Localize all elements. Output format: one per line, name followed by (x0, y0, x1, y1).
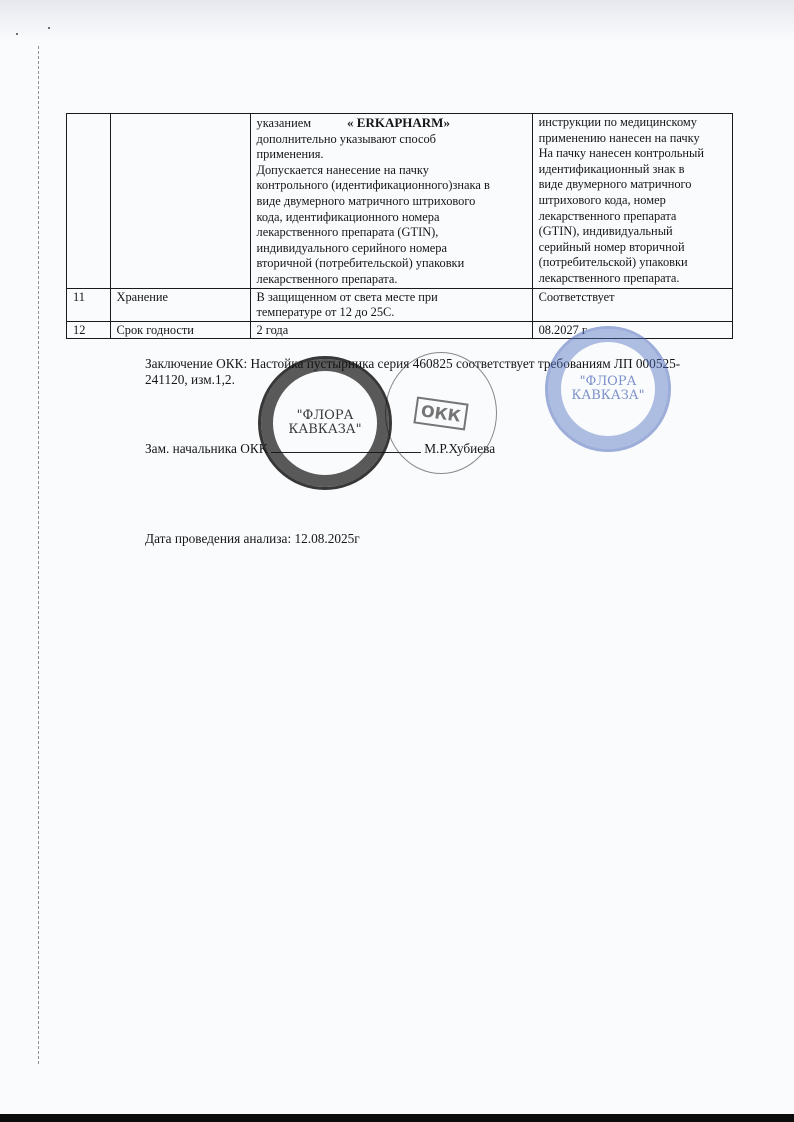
company-seal-black: "ФЛОРА КАВКАЗА" (258, 356, 392, 490)
text-line: применения. (257, 147, 526, 163)
scan-edge-bottom (0, 1114, 794, 1122)
cell-number (67, 114, 111, 289)
table-row-continued: указанием« ERKAPHARM» дополнительно указ… (67, 114, 733, 289)
table-row-storage: 11 Хранение В защищенном от света месте … (67, 288, 733, 321)
okk-stamp-label: ОКК (413, 396, 468, 430)
text-line: штрихового кода, номер (539, 193, 726, 209)
text-line: В защищенном от света месте при (257, 290, 526, 306)
text-line: лекарственного препарата. (539, 271, 726, 287)
text-line: указанием (257, 116, 312, 130)
signature-position: Зам. начальника ОКК (145, 441, 268, 456)
text-line: индивидуального серийного номера (257, 241, 526, 257)
text-line: идентификационный знак в (539, 162, 726, 178)
okk-stamp: ОКК (385, 352, 497, 474)
text-line: виде двумерного матричного штрихового (257, 194, 526, 210)
text-line: « ERKAPHARM» (347, 115, 450, 130)
text-line: (GTIN), индивидуальный (539, 224, 726, 240)
text-line: На пачку нанесен контрольный (539, 146, 726, 162)
text-line: виде двумерного матричного (539, 177, 726, 193)
text-line: инструкции по медицинскому (539, 115, 726, 131)
text-line: лекарственного препарата. (257, 272, 526, 288)
scan-speck (48, 27, 50, 29)
text-line: лекарственного препарата (GTIN), (257, 225, 526, 241)
cell-result: инструкции по медицинскому применению на… (532, 114, 732, 289)
text-line: (потребительской) упаковки (539, 255, 726, 271)
text-line: температуре от 12 до 25С. (257, 305, 526, 321)
cell-requirement: указанием« ERKAPHARM» дополнительно указ… (250, 114, 532, 289)
conclusion-line-2: 241120, изм.1,2. (145, 372, 235, 388)
cell-number: 11 (67, 288, 111, 321)
cell-parameter: Хранение (110, 288, 250, 321)
scan-speck (16, 33, 18, 35)
analysis-date: Дата проведения анализа: 12.08.2025г (145, 531, 360, 547)
binding-margin-line (38, 46, 39, 1066)
text-line: вторичной (потребительской) упаковки (257, 256, 526, 272)
cell-number: 12 (67, 321, 111, 339)
text-line: Допускается нанесение на пачку (257, 163, 526, 179)
cell-result: Соответствует (532, 288, 732, 321)
text-line: дополнительно указывают способ (257, 132, 526, 148)
text-line: применению нанесен на пачку (539, 131, 726, 147)
cell-parameter (110, 114, 250, 289)
cell-parameter: Срок годности (110, 321, 250, 339)
text-line: кода, идентификационного номера (257, 210, 526, 226)
scan-shadow-top (0, 0, 794, 40)
cell-requirement: В защищенном от света месте при температ… (250, 288, 532, 321)
text-line: серийный номер вторичной (539, 240, 726, 256)
company-seal-text: "ФЛОРА КАВКАЗА" (261, 409, 389, 437)
company-seal-blue: "ФЛОРА КАВКАЗА" (545, 326, 671, 452)
specification-table: указанием« ERKAPHARM» дополнительно указ… (66, 113, 733, 339)
cell-requirement: 2 года (250, 321, 532, 339)
text-line: лекарственного препарата (539, 209, 726, 225)
company-seal-blue-text: "ФЛОРА КАВКАЗА" (548, 375, 668, 403)
text-line: контрольного (идентификационного)знака в (257, 178, 526, 194)
